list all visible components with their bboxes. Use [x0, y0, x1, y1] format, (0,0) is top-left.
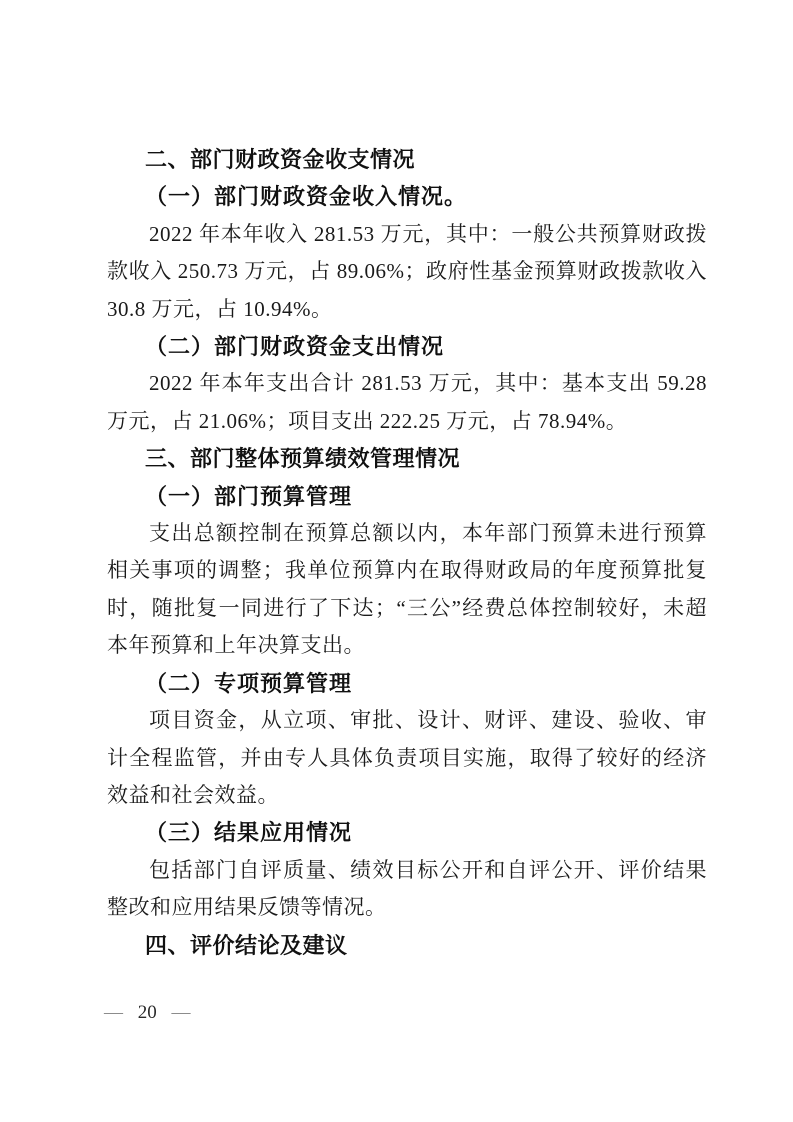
- paragraph-special-budget-details: 项目资金，从立项、审批、设计、财评、建设、验收、审计全程监管，并由专人具体负责项…: [107, 702, 707, 814]
- footer-dash-left: —: [104, 1002, 123, 1023]
- page-number: 20: [138, 1002, 157, 1023]
- paragraph-income-details: 2022 年本年收入 281.53 万元，其中：一般公共预算财政拨款收入 250…: [107, 216, 707, 328]
- paragraph-expense-details: 2022 年本年支出合计 281.53 万元，其中：基本支出 59.28 万元，…: [107, 365, 707, 440]
- document-page: 二、部门财政资金收支情况 （一）部门财政资金收入情况。 2022 年本年收入 2…: [0, 0, 793, 1122]
- heading-section-4-conclusion-suggestions: 四、评价结论及建议: [107, 927, 707, 964]
- subheading-2-1-income-situation: （一）部门财政资金收入情况。: [107, 178, 707, 215]
- subheading-3-3-result-application: （三）结果应用情况: [107, 814, 707, 851]
- page-footer: — 20 —: [104, 1001, 191, 1025]
- paragraph-budget-management-details: 支出总额控制在预算总额以内，本年部门预算未进行预算相关事项的调整；我单位预算内在…: [107, 515, 707, 665]
- paragraph-result-application-details: 包括部门自评质量、绩效目标公开和自评公开、评价结果整改和应用结果反馈等情况。: [107, 852, 707, 927]
- document-content: 二、部门财政资金收支情况 （一）部门财政资金收入情况。 2022 年本年收入 2…: [107, 141, 707, 964]
- subheading-2-2-expense-situation: （二）部门财政资金支出情况: [107, 328, 707, 365]
- subheading-3-2-special-budget-management: （二）专项预算管理: [107, 665, 707, 702]
- heading-section-3-budget-performance: 三、部门整体预算绩效管理情况: [107, 440, 707, 477]
- subheading-3-1-budget-management: （一）部门预算管理: [107, 478, 707, 515]
- heading-section-2-finance-income-expense: 二、部门财政资金收支情况: [107, 141, 707, 178]
- footer-dash-right: —: [172, 1002, 191, 1023]
